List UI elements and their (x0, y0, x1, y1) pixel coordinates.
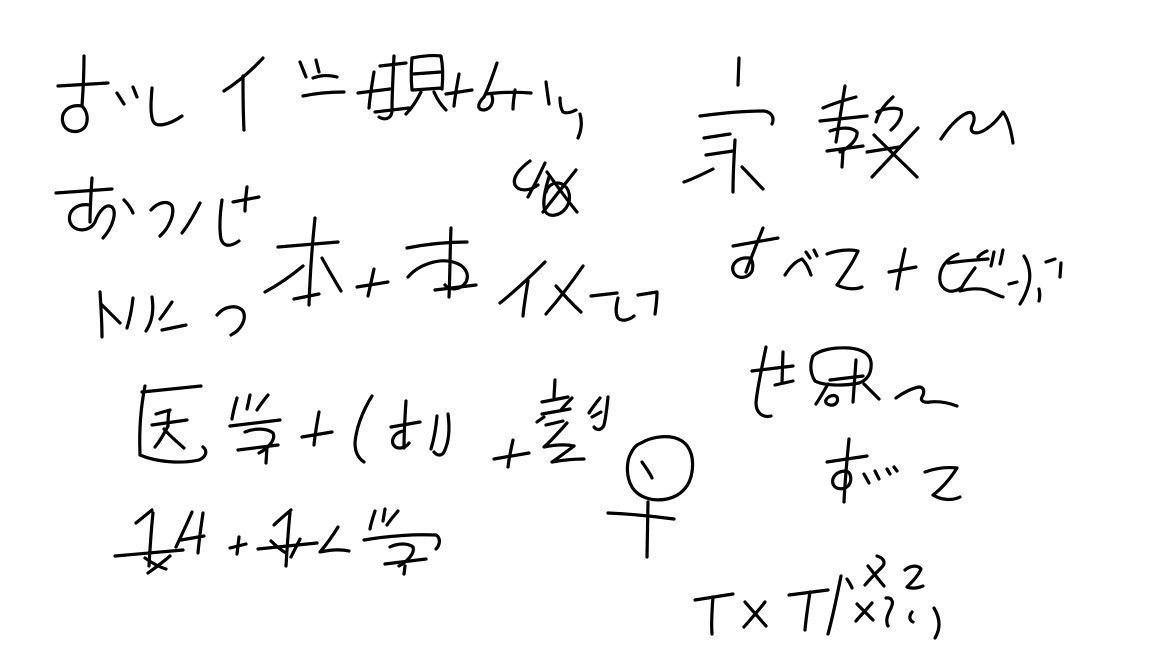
handwriting-sekai-arrow (752, 347, 957, 416)
ink-layer (0, 0, 1152, 648)
handwriting-suishi (58, 56, 182, 132)
handwriting-image (500, 262, 657, 320)
handwriting-t-x-t (695, 556, 939, 638)
handwriting-in-gen-mi (224, 56, 581, 138)
scribble-crossed-out (514, 161, 577, 215)
handwriting-torinitsu (100, 292, 244, 337)
handwriting-shukyo-arrow (684, 58, 1013, 192)
handwriting-igaku-kusuri (140, 386, 529, 467)
handwriting-ka-kagaku (115, 509, 439, 574)
handwriting-hon-plus-hon (265, 218, 476, 305)
handwriting-subete-2 (827, 439, 960, 502)
handwriting-okashi (56, 178, 259, 245)
handwriting-subete-plus (733, 228, 1061, 304)
drawing-circle-cross-figure (608, 437, 693, 557)
whiteboard-canvas[interactable] (0, 0, 1152, 648)
handwriting-shujutsu (537, 380, 608, 462)
